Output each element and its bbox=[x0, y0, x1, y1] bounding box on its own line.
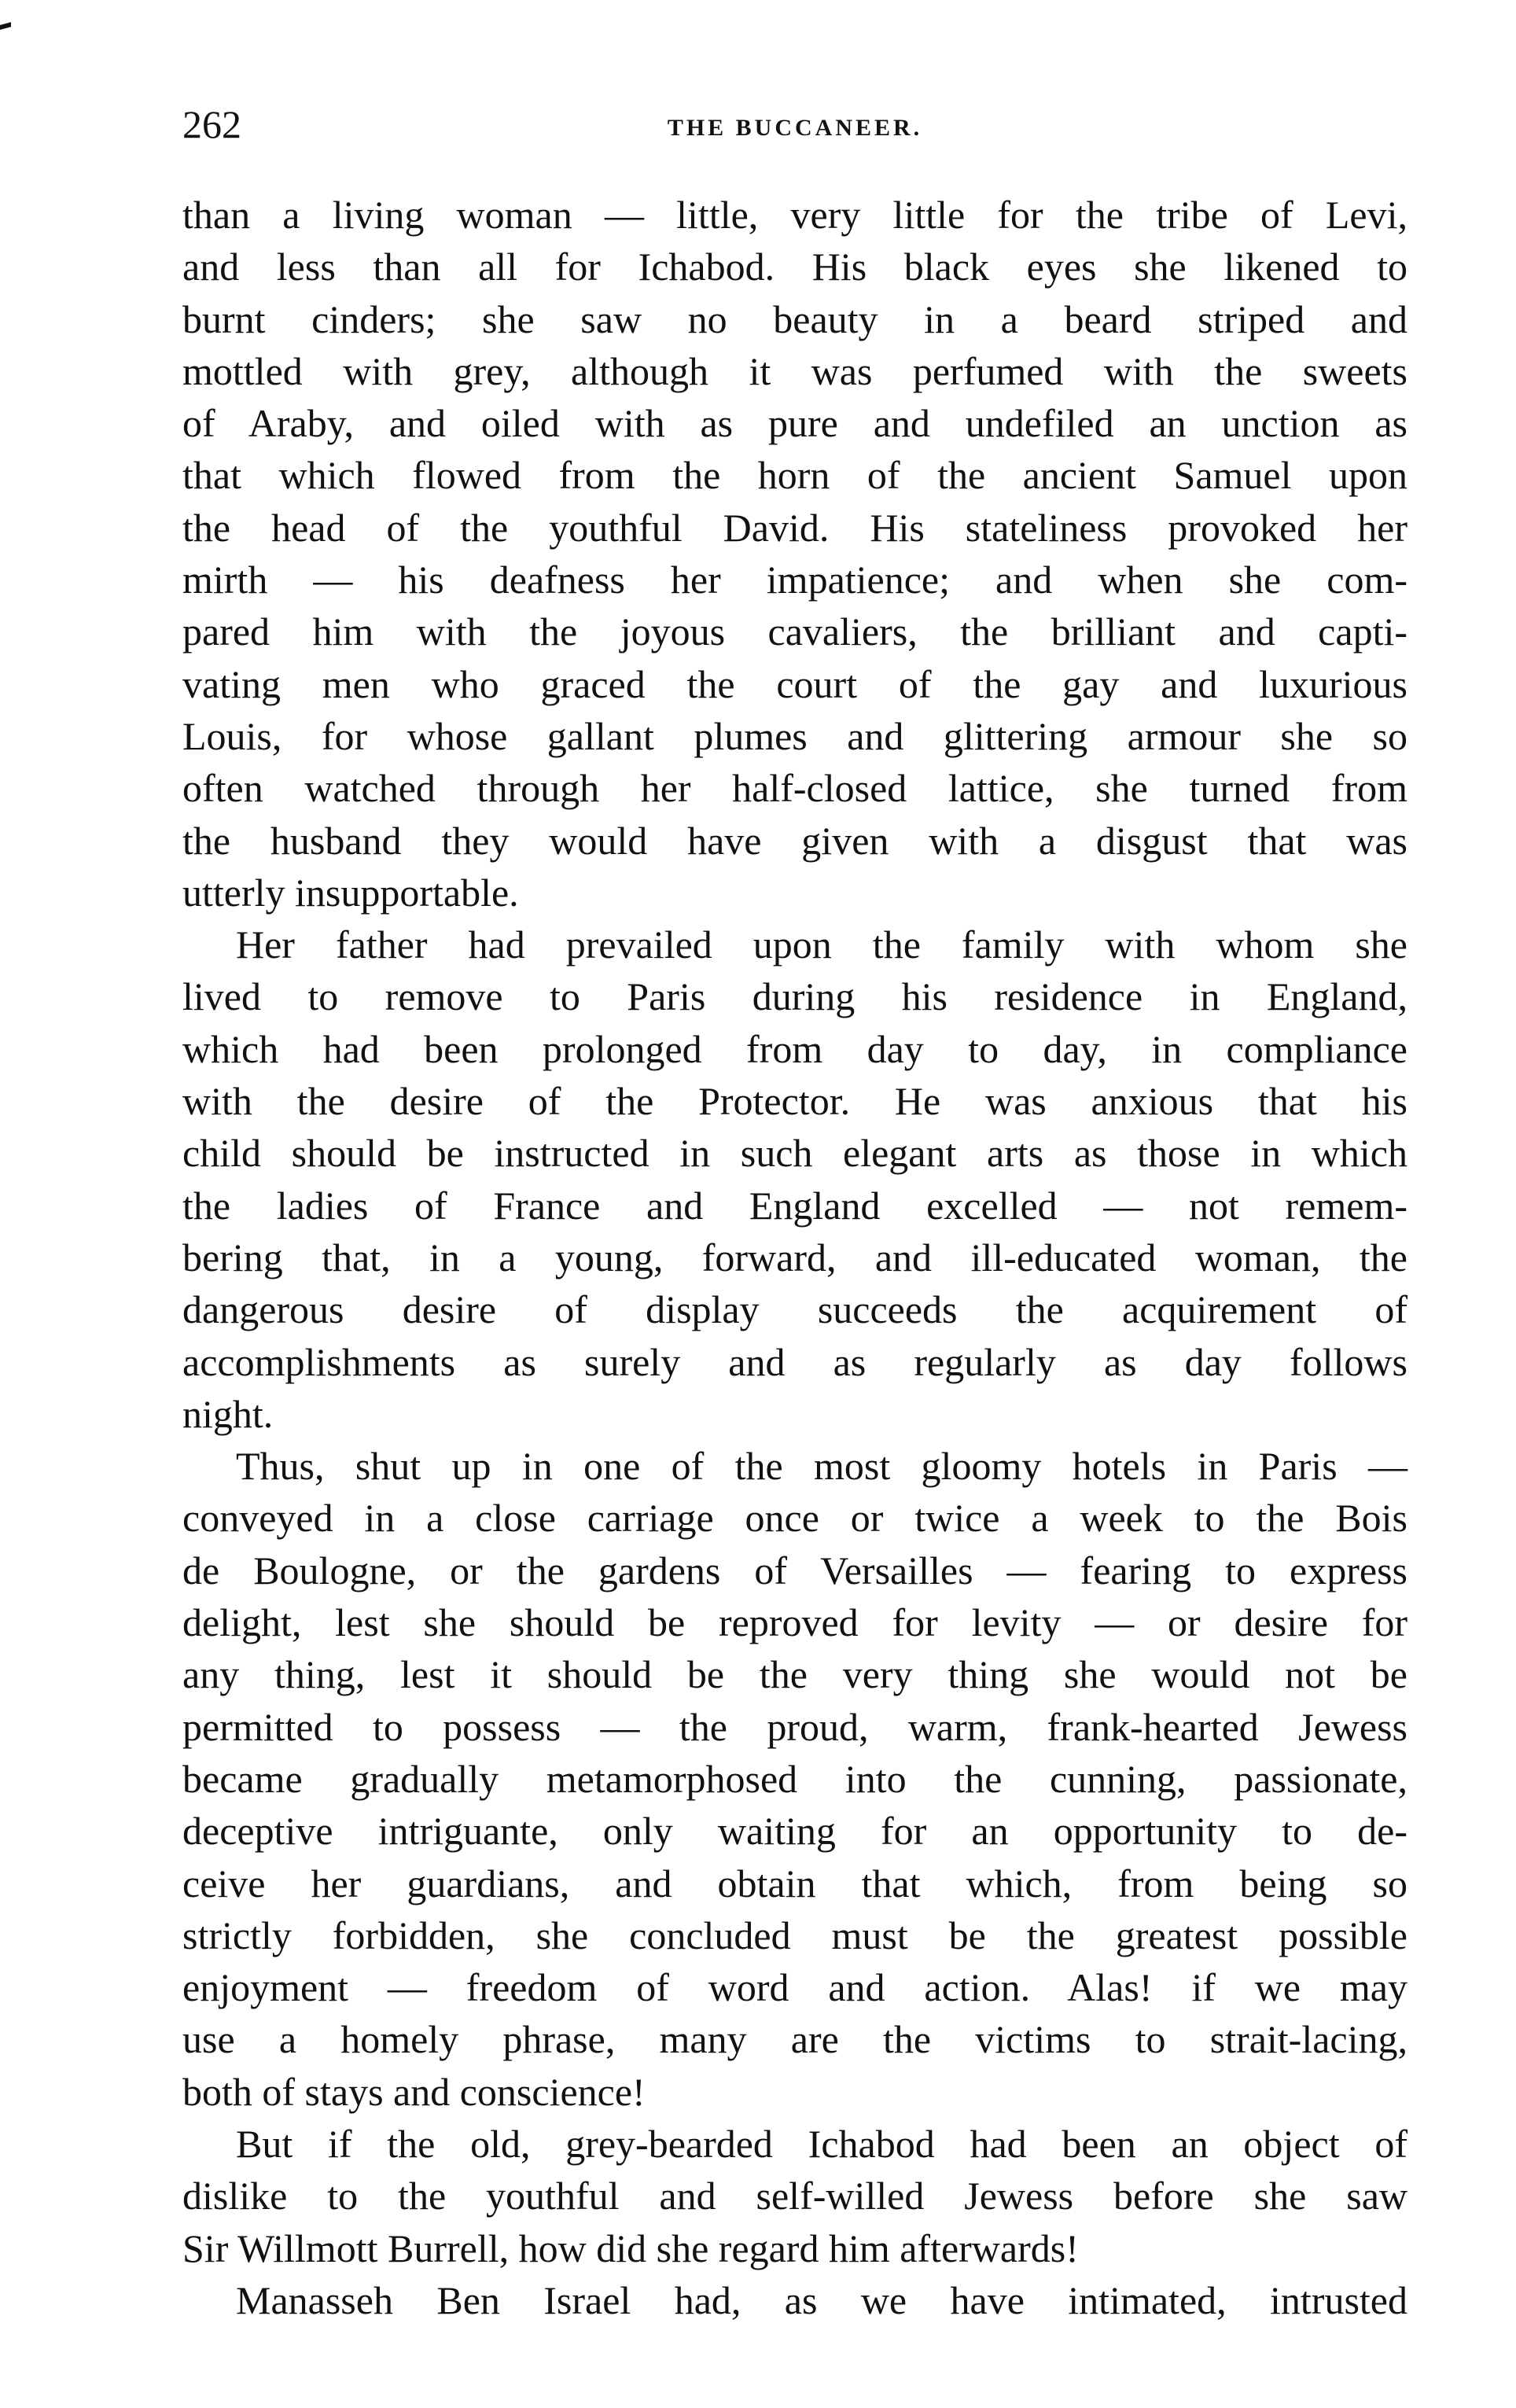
running-head: 262 THE BUCCANEER. bbox=[182, 101, 1407, 148]
running-title: THE BUCCANEER. bbox=[182, 109, 1407, 148]
text-line: vating men who graced the court of the g… bbox=[182, 658, 1407, 710]
text-line: strictly forbidden, she concluded must b… bbox=[182, 1909, 1407, 1961]
text-line: became gradually metamorphosed into the … bbox=[182, 1753, 1407, 1805]
text-line: the head of the youthful David. His stat… bbox=[182, 502, 1407, 554]
text-line: Sir Willmott Burrell, how did she regard… bbox=[182, 2222, 1407, 2274]
text-line: Louis, for whose gallant plumes and glit… bbox=[182, 710, 1407, 762]
text-line: which had been prolonged from day to day… bbox=[182, 1023, 1407, 1075]
text-line: than a living woman — little, very littl… bbox=[182, 189, 1407, 241]
book-page: 262 THE BUCCANEER. than a living woman —… bbox=[0, 0, 1516, 2408]
text-line: utterly insupportable. bbox=[182, 867, 1407, 919]
text-line: conveyed in a close carriage once or twi… bbox=[182, 1492, 1407, 1544]
text-line: Manasseh Ben Israel had, as we have inti… bbox=[182, 2274, 1407, 2326]
text-line: deceptive intriguante, only waiting for … bbox=[182, 1805, 1407, 1857]
text-line: dangerous desire of display succeeds the… bbox=[182, 1283, 1407, 1335]
text-line: dislike to the youthful and self-willed … bbox=[182, 2170, 1407, 2222]
text-line: mirth — his deafness her impatience; and… bbox=[182, 554, 1407, 606]
text-line: bering that, in a young, forward, and il… bbox=[182, 1232, 1407, 1283]
text-line: Thus, shut up in one of the most gloomy … bbox=[182, 1440, 1407, 1492]
text-line: and less than all for Ichabod. His black… bbox=[182, 241, 1407, 293]
scan-corner-mark bbox=[0, 22, 11, 30]
text-line: the husband they would have given with a… bbox=[182, 815, 1407, 867]
text-line: mottled with grey, although it was perfu… bbox=[182, 345, 1407, 397]
text-line: But if the old, grey-bearded Ichabod had… bbox=[182, 2118, 1407, 2170]
text-line: enjoyment — freedom of word and action. … bbox=[182, 1961, 1407, 2013]
text-line: child should be instructed in such elega… bbox=[182, 1127, 1407, 1179]
text-line: that which flowed from the horn of the a… bbox=[182, 449, 1407, 501]
text-line: delight, lest she should be reproved for… bbox=[182, 1596, 1407, 1648]
text-line: often watched through her half-closed la… bbox=[182, 762, 1407, 814]
text-line: use a homely phrase, many are the victim… bbox=[182, 2013, 1407, 2065]
text-line: accomplishments as surely and as regular… bbox=[182, 1336, 1407, 1388]
text-line: pared him with the joyous cavaliers, the… bbox=[182, 606, 1407, 657]
text-line: any thing, lest it should be the very th… bbox=[182, 1648, 1407, 1700]
text-line: both of stays and conscience! bbox=[182, 2066, 1407, 2118]
text-line: permitted to possess — the proud, warm, … bbox=[182, 1701, 1407, 1753]
text-line: night. bbox=[182, 1388, 1407, 1440]
body-text: than a living woman — little, very littl… bbox=[182, 189, 1407, 2326]
text-line: with the desire of the Protector. He was… bbox=[182, 1075, 1407, 1127]
text-line: ceive her guardians, and obtain that whi… bbox=[182, 1858, 1407, 1909]
text-line: Her father had prevailed upon the family… bbox=[182, 919, 1407, 970]
text-line: the ladies of France and England excelle… bbox=[182, 1180, 1407, 1232]
text-line: lived to remove to Paris during his resi… bbox=[182, 970, 1407, 1022]
text-line: of Araby, and oiled with as pure and und… bbox=[182, 397, 1407, 449]
text-line: burnt cinders; she saw no beauty in a be… bbox=[182, 293, 1407, 345]
text-line: de Boulogne, or the gardens of Versaille… bbox=[182, 1545, 1407, 1596]
